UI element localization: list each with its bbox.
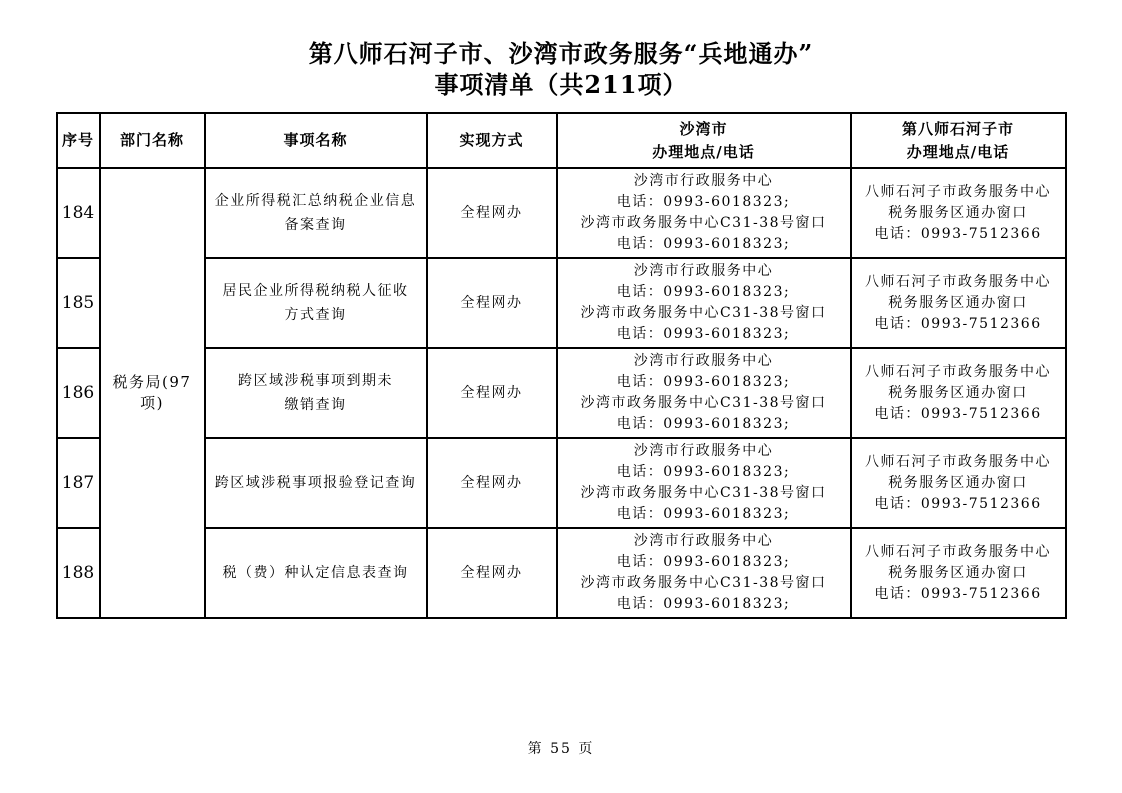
shawan-location-cell: 沙湾市行政服务中心 电话：0993-6018323; 沙湾市政务服务中心C31-… [557, 258, 851, 348]
row-number-cell: 188 [57, 528, 100, 618]
table-row: 186 跨区域涉税事项到期未 缴销查询 全程网办 沙湾市行政服务中心 电话：09… [57, 348, 1066, 438]
header-item-name: 事项名称 [205, 113, 427, 168]
shihezi-location-cell: 八师石河子市政务服务中心 税务服务区通办窗口 电话：0993-7512366 [851, 258, 1066, 348]
document-title-line1: 第八师石河子市、沙湾市政务服务“兵地通办” [0, 38, 1122, 69]
method-cell: 全程网办 [427, 528, 557, 618]
method-cell: 全程网办 [427, 168, 557, 258]
header-shawan-location-phone: 沙湾市 办理地点/电话 [557, 113, 851, 168]
document-title: 第八师石河子市、沙湾市政务服务“兵地通办” 事项清单（共211项） [0, 0, 1122, 100]
shihezi-location-cell: 八师石河子市政务服务中心 税务服务区通办窗口 电话：0993-7512366 [851, 528, 1066, 618]
document-title-line2: 事项清单（共211项） [0, 69, 1122, 100]
department-cell: 税务局(97项) [100, 168, 205, 618]
shawan-location-cell: 沙湾市行政服务中心 电话：0993-6018323; 沙湾市政务服务中心C31-… [557, 438, 851, 528]
table-header-row: 序号 部门名称 事项名称 实现方式 沙湾市 办理地点/电话 第八师石河子市 办理… [57, 113, 1066, 168]
row-number-cell: 187 [57, 438, 100, 528]
item-name-cell: 税（费）种认定信息表查询 [205, 528, 427, 618]
shihezi-location-cell: 八师石河子市政务服务中心 税务服务区通办窗口 电话：0993-7512366 [851, 438, 1066, 528]
header-implementation-method: 实现方式 [427, 113, 557, 168]
services-table: 序号 部门名称 事项名称 实现方式 沙湾市 办理地点/电话 第八师石河子市 办理… [56, 112, 1067, 619]
shawan-location-cell: 沙湾市行政服务中心 电话：0993-6018323; 沙湾市政务服务中心C31-… [557, 528, 851, 618]
method-cell: 全程网办 [427, 258, 557, 348]
method-cell: 全程网办 [427, 438, 557, 528]
item-name-cell: 跨区域涉税事项报验登记查询 [205, 438, 427, 528]
shihezi-location-cell: 八师石河子市政务服务中心 税务服务区通办窗口 电话：0993-7512366 [851, 168, 1066, 258]
row-number-cell: 186 [57, 348, 100, 438]
table-row: 184 税务局(97项) 企业所得税汇总纳税企业信息 备案查询 全程网办 沙湾市… [57, 168, 1066, 258]
item-name-cell: 跨区域涉税事项到期未 缴销查询 [205, 348, 427, 438]
shawan-location-cell: 沙湾市行政服务中心 电话：0993-6018323; 沙湾市政务服务中心C31-… [557, 168, 851, 258]
item-name-cell: 居民企业所得税纳税人征收 方式查询 [205, 258, 427, 348]
shihezi-location-cell: 八师石河子市政务服务中心 税务服务区通办窗口 电话：0993-7512366 [851, 348, 1066, 438]
method-cell: 全程网办 [427, 348, 557, 438]
header-department-name: 部门名称 [100, 113, 205, 168]
header-shihezi-location-phone: 第八师石河子市 办理地点/电话 [851, 113, 1066, 168]
page-number: 第 55 页 [0, 738, 1122, 758]
header-serial-number: 序号 [57, 113, 100, 168]
document-page: { "title": { "line1": "第八师石河子市、沙湾市政务服务“兵… [0, 0, 1122, 793]
table-row: 185 居民企业所得税纳税人征收 方式查询 全程网办 沙湾市行政服务中心 电话：… [57, 258, 1066, 348]
table-row: 187 跨区域涉税事项报验登记查询 全程网办 沙湾市行政服务中心 电话：0993… [57, 438, 1066, 528]
table-row: 188 税（费）种认定信息表查询 全程网办 沙湾市行政服务中心 电话：0993-… [57, 528, 1066, 618]
row-number-cell: 185 [57, 258, 100, 348]
row-number-cell: 184 [57, 168, 100, 258]
shawan-location-cell: 沙湾市行政服务中心 电话：0993-6018323; 沙湾市政务服务中心C31-… [557, 348, 851, 438]
item-name-cell: 企业所得税汇总纳税企业信息 备案查询 [205, 168, 427, 258]
